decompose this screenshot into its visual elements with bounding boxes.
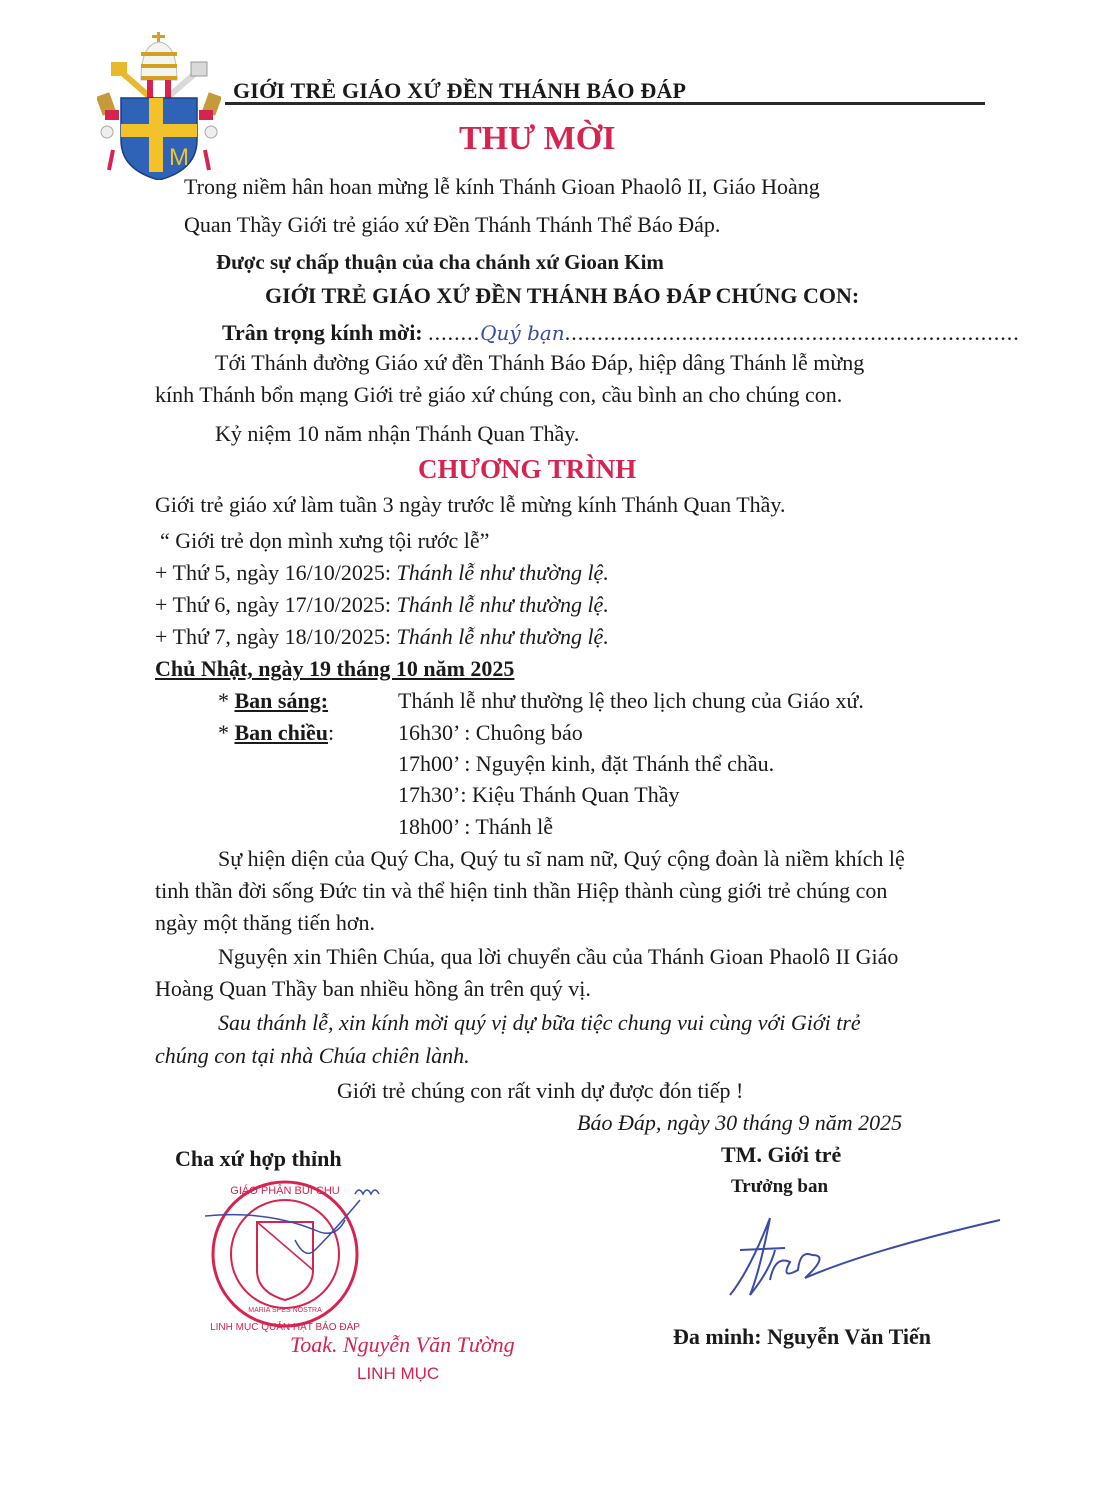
anniversary-line: Kỷ niệm 10 năm nhận Thánh Quan Thầy. [215,421,579,447]
morning-label: Ban sáng: [235,688,329,713]
day-detail: Thánh lễ như thường lệ. [396,624,608,649]
closing-p2-line2: Hoàng Quan Thầy ban nhiều hồng ân trên q… [155,976,591,1002]
program-theme: “ Giới trẻ dọn mình xưng tội rước lễ” [160,528,489,554]
day-detail: Thánh lễ như thường lệ. [396,592,608,617]
org-invite-line: GIỚI TRẺ GIÁO XỨ ĐỀN THÁNH BÁO ĐÁP CHÚNG… [265,283,859,309]
youth-rep-name: Đa minh: Nguyễn Văn Tiến [673,1324,931,1350]
day-label: + Thứ 7, ngày 18/10/2025: [155,624,391,649]
closing-p1-line3: ngày một thăng tiến hơn. [155,910,375,936]
morning-detail: Thánh lễ như thường lệ theo lịch chung c… [398,688,864,714]
intro-line-2: Quan Thầy Giới trẻ giáo xứ Đền Thánh Thá… [184,212,720,238]
place-date: Báo Đáp, ngày 30 tháng 9 năm 2025 [577,1110,902,1136]
invitation-line-2: kính Thánh bổn mạng Giới trẻ giáo xứ chú… [155,382,842,408]
bullet: * [218,720,229,745]
organization-header: GIỚI TRẺ GIÁO XỨ ĐỀN THÁNH BÁO ĐÁP [233,78,686,104]
pastor-title: LINH MỤC [357,1364,439,1384]
welcome-line: Giới trẻ chúng con rất vinh dự được đón … [337,1078,743,1104]
day-label: + Thứ 6, ngày 17/10/2025: [155,592,391,617]
intro-line-1: Trong niềm hân hoan mừng lễ kính Thánh G… [184,174,820,200]
closing-p1-line2: tinh thần đời sống Đức tin và thể hiện t… [155,878,887,904]
invitation-label: Trân trọng kính mời: [222,320,423,345]
morning-row: * Ban sáng: [218,688,328,714]
youth-rep-heading: TM. Giới trẻ [721,1142,841,1168]
day-label: + Thứ 5, ngày 16/10/2025: [155,560,391,585]
stamp-motto: MARIA SPES NOSTRA [248,1307,322,1314]
closing-p3-line1: Sau thánh lễ, xin kính mời quý vị dự bữa… [218,1010,861,1036]
dotted-fill: ........................................… [565,320,1020,345]
schedule-item: 17h00’ : Nguyện kinh, đặt Thánh thể chầu… [398,751,774,777]
program-intro: Giới trẻ giáo xứ làm tuần 3 ngày trước l… [155,492,786,518]
schedule-item: 18h00’ : Thánh lễ [398,814,553,840]
closing-p1-line1: Sự hiện diện của Quý Cha, Quý tu sĩ nam … [218,846,905,872]
document-title: THƯ MỜI [459,120,615,158]
closing-p2-line1: Nguyện xin Thiên Chúa, qua lời chuyển cầ… [218,944,898,970]
invitation-row: Trân trọng kính mời: ........Quý bạn....… [222,320,1020,346]
schedule-item: 16h30’ : Chuông báo [398,720,583,746]
pastor-approval-heading: Cha xứ hợp thỉnh [175,1146,342,1172]
closing-p3-line2: chúng con tại nhà Chúa chiên lành. [155,1043,470,1069]
day-detail: Thánh lễ như thường lệ. [396,560,608,585]
schedule-item: 17h30’: Kiệu Thánh Quan Thầy [398,782,679,808]
youth-rep-role: Trưởng ban [731,1176,828,1198]
program-day-row: + Thứ 5, ngày 16/10/2025: Thánh lễ như t… [155,560,609,586]
bullet: * [218,688,229,713]
header-divider [225,102,985,105]
dotted-fill: ........ [428,320,480,345]
parish-stamp-icon: MARIA SPES NOSTRA GIÁO PHẬN BÙI CHU LINH… [205,1180,405,1340]
recipient-handwritten: Quý bạn [480,321,565,345]
colon: : [328,720,334,745]
afternoon-label: Ban chiều [235,720,329,745]
program-day-row: + Thứ 6, ngày 17/10/2025: Thánh lễ như t… [155,592,609,618]
sunday-heading: Chủ Nhật, ngày 19 tháng 10 năm 2025 [155,656,514,682]
program-title: CHƯƠNG TRÌNH [418,454,636,485]
svg-text:M: M [169,144,189,171]
papal-coat-of-arms-icon: M [97,30,221,180]
program-day-row: + Thứ 7, ngày 18/10/2025: Thánh lễ như t… [155,624,609,650]
invitation-line-1: Tới Thánh đường Giáo xứ đền Thánh Báo Đá… [215,350,864,376]
handwritten-signature-icon [720,1210,1010,1310]
approval-line: Được sự chấp thuận của cha chánh xứ Gioa… [216,250,664,275]
pastor-name: Toak. Nguyễn Văn Tường [290,1332,515,1358]
stamp-top-text: GIÁO PHẬN BÙI CHU [230,1184,339,1197]
afternoon-row: * Ban chiều: [218,720,334,746]
